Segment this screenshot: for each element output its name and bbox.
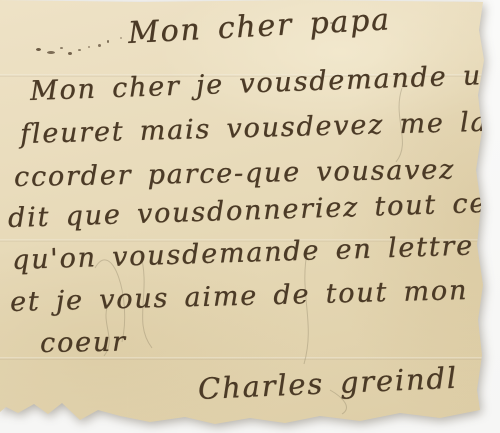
- ink-speck: [47, 51, 55, 54]
- ink-speck: [60, 47, 63, 49]
- letter-line-6: et je vous aime de tout mon: [10, 275, 469, 318]
- letter-line-5: qu'on vousdemande en lettre: [12, 230, 475, 275]
- letter-line-4: dit que vousdonneriez tout ce: [8, 188, 488, 234]
- ink-speck: [98, 44, 101, 47]
- letter-signature: Charles greindl: [197, 361, 458, 406]
- letter-salutation: Mon cher papa: [127, 2, 391, 51]
- letter-paper: Mon cher papa Mon cher je vousdemande un…: [0, 0, 500, 433]
- ink-speck: [107, 40, 109, 43]
- paper-shadow: Mon cher papa Mon cher je vousdemande un…: [0, 0, 500, 433]
- ink-speck: [68, 52, 72, 55]
- ink-speck: [120, 37, 122, 39]
- letter-line-2: fleuret mais vousdevez me la-: [20, 106, 500, 150]
- letter-line-3: ccorder parce-que vousavez: [14, 154, 455, 193]
- letter-line-1: Mon cher je vousdemande un: [29, 60, 500, 107]
- letter-line-7: coeur: [40, 326, 127, 359]
- ink-speck: [78, 49, 81, 51]
- ink-speck: [36, 48, 41, 51]
- ink-speck: [88, 46, 90, 48]
- scanned-letter-photo: Mon cher papa Mon cher je vousdemande un…: [0, 0, 500, 433]
